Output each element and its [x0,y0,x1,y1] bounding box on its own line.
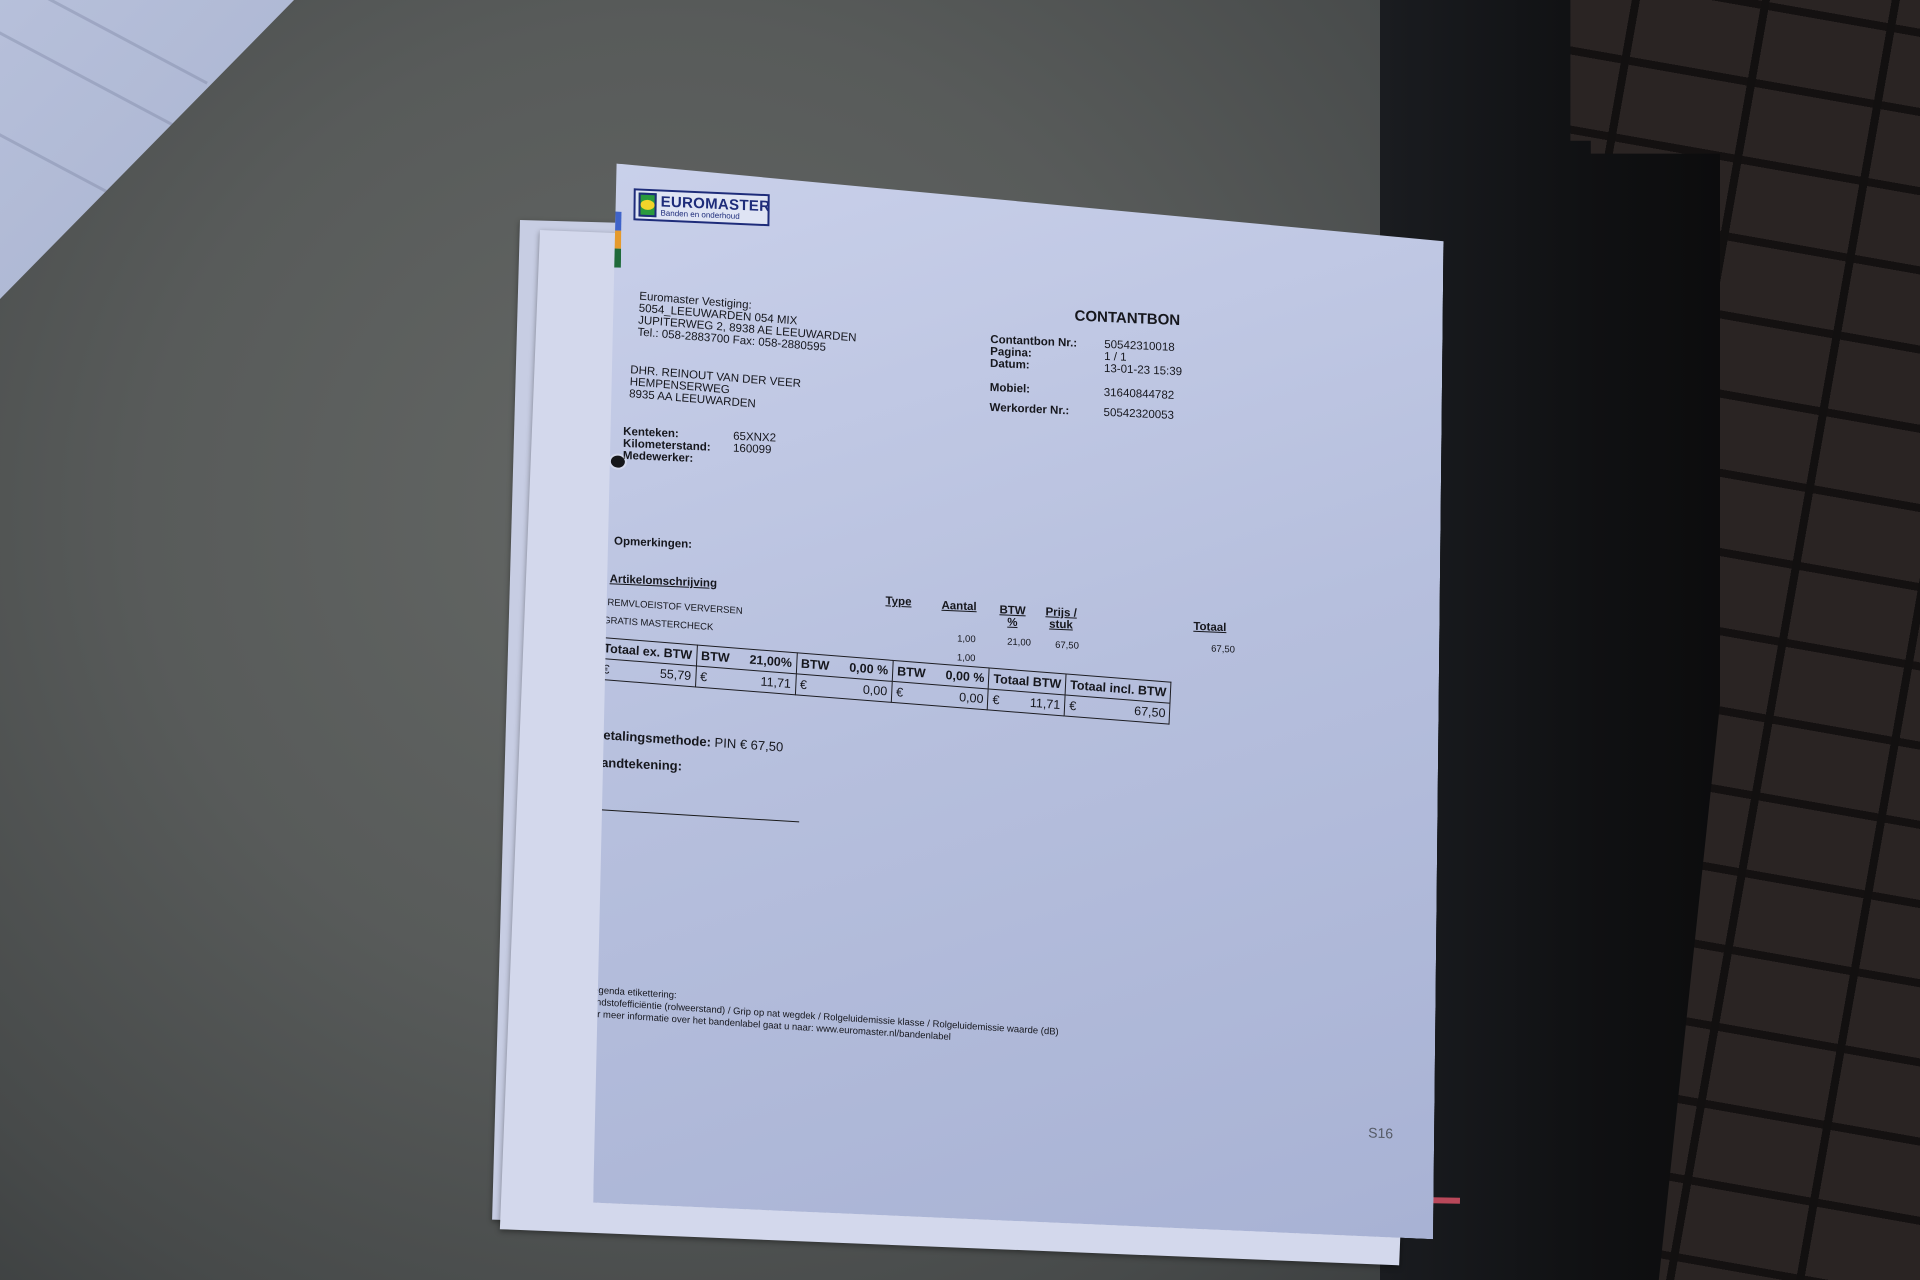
item-price: 67,50 [1055,640,1079,652]
page-code: S16 [1368,1124,1393,1141]
vehicle-value: 160099 [733,443,771,457]
item-description: GRATIS MASTERCHECK [603,615,713,633]
remarks-label: Opmerkingen: [614,535,692,550]
item-row: GRATIS MASTERCHECK [603,615,713,633]
branch-address: Euromaster Vestiging: 5054_LEEUWARDEN 05… [637,291,858,357]
footer-legend: * Legenda etikettering: Brandstofefficië… [581,984,1060,1051]
items-header-qty: Aantal [941,600,976,614]
document-title: CONTANTBON [1074,308,1180,330]
vehicle-info: Kenteken:65XNX2 Kilometerstand:160099 Me… [623,426,776,469]
meta-value: 1 / 1 [1104,351,1127,364]
signature-label: Handtekening: [592,755,682,774]
meta-value: 31640844782 [1104,387,1174,402]
payment-label: Betalingsmethode: [594,727,711,750]
punch-hole-icon [611,455,625,468]
euromaster-logo: EUROMASTER Banden en onderhoud [633,188,769,226]
items-header-vat: BTW % [999,604,1025,629]
items-header-price: Prijs / stuk [1045,606,1077,631]
vat-header-line: % [999,616,1025,629]
vat-header-line: BTW [999,604,1025,617]
receipt-meta: Contantbon Nr.:50542310018 Pagina:1 / 1 … [990,334,1183,422]
item-row: REMVLOEISTOF VERVERSEN [607,597,743,617]
payment-method: Betalingsmethode: PIN € 67,50 [594,727,784,755]
price-header-line: stuk [1045,618,1076,631]
item-description: REMVLOEISTOF VERVERSEN [607,597,743,617]
logo-emblem-icon [638,193,656,218]
items-header-type: Type [885,595,911,608]
receipt-document: EUROMASTER Banden en onderhoud Euromaste… [593,163,1444,1239]
payment-value: PIN € 67,50 [714,735,783,755]
item-vat: 21,00 [1007,637,1031,649]
items-header-description: Artikelomschrijving [610,573,717,590]
items-header-total: Totaal [1193,621,1226,634]
meta-label: Werkorder Nr.: [990,402,1090,418]
signature-line [585,808,799,822]
customer-address: DHR. REINOUT VAN DER VEER HEMPENSERWEG 8… [629,364,801,414]
meta-value: 50542320053 [1104,407,1174,422]
meta-value: 13-01-23 15:39 [1104,363,1182,378]
meta-label: Mobiel: [990,382,1090,398]
item-total: 67,50 [1211,644,1235,656]
item-qty: 1,00 [957,633,976,645]
item-qty: 1,00 [957,652,976,664]
